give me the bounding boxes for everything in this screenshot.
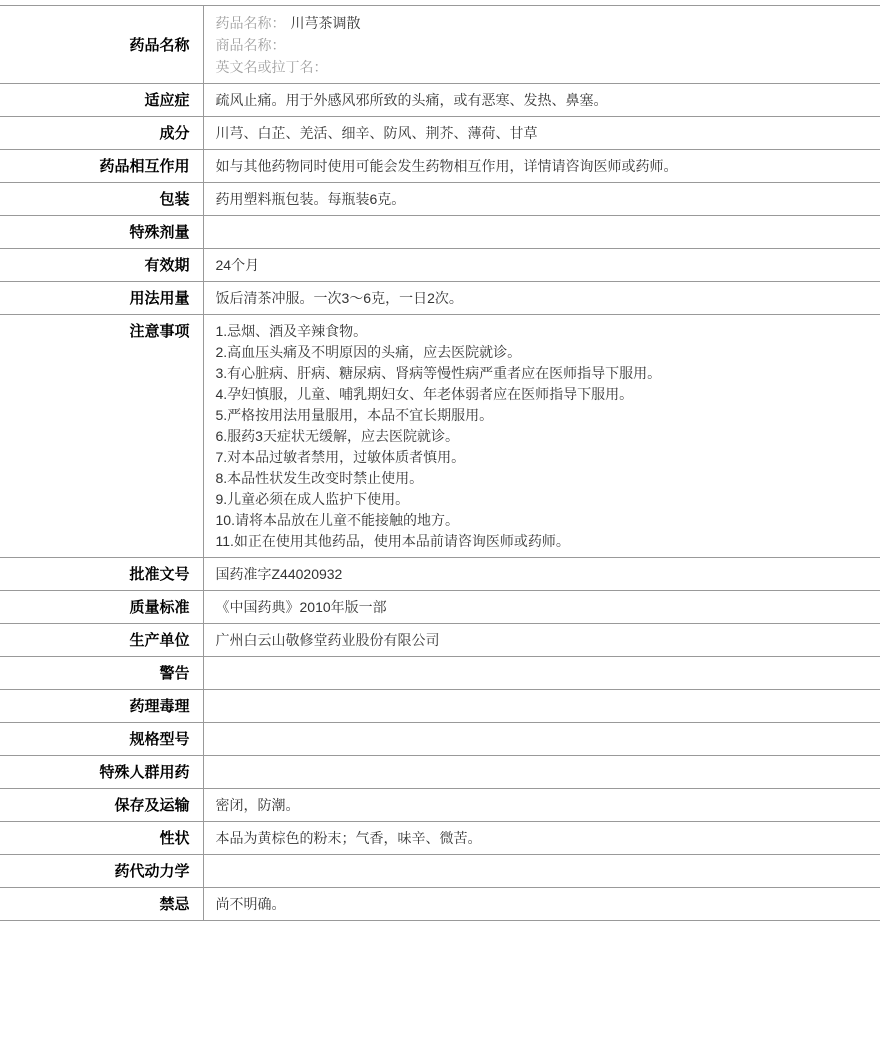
row-value [203,756,880,789]
precaution-item: 5.严格按用法用量服用，本品不宜长期服用。 [216,405,871,426]
precaution-item: 7.对本品过敏者禁用，过敏体质者慎用。 [216,447,871,468]
row-label: 生产单位 [0,624,203,657]
row-value: 尚不明确。 [203,888,880,921]
table-row: 适应症疏风止痛。用于外感风邪所致的头痛，或有恶寒、发热、鼻塞。 [0,84,880,117]
row-label: 成分 [0,117,203,150]
table-row: 药品相互作用如与其他药物同时使用可能会发生药物相互作用，详情请咨询医师或药师。 [0,150,880,183]
table-row: 质量标准《中国药典》2010年版一部 [0,591,880,624]
row-label: 注意事项 [0,315,203,558]
row-label: 质量标准 [0,591,203,624]
table-row: 用法用量饭后清茶冲服。一次3～6克，一日2次。 [0,282,880,315]
precaution-item: 10.请将本品放在儿童不能接触的地方。 [216,510,871,531]
field-key: 英文名或拉丁名： [216,59,328,75]
row-label: 药理毒理 [0,690,203,723]
row-label: 禁忌 [0,888,203,921]
precaution-item: 8.本品性状发生改变时禁止使用。 [216,468,871,489]
precaution-item: 11.如正在使用其他药品，使用本品前请咨询医师或药师。 [216,531,871,552]
row-label: 药代动力学 [0,855,203,888]
row-value [203,723,880,756]
table-row: 保存及运输密闭，防潮。 [0,789,880,822]
row-label: 特殊剂量 [0,216,203,249]
table-row: 药理毒理 [0,690,880,723]
row-value: 疏风止痛。用于外感风邪所致的头痛，或有恶寒、发热、鼻塞。 [203,84,880,117]
row-value: 国药准字Z44020932 [203,558,880,591]
drug-info-table: 药品名称药品名称：川芎茶调散商品名称：英文名或拉丁名：适应症疏风止痛。用于外感风… [0,5,880,921]
row-label: 规格型号 [0,723,203,756]
row-label: 药品相互作用 [0,150,203,183]
table-row: 规格型号 [0,723,880,756]
row-value: 药用塑料瓶包装。每瓶装6克。 [203,183,880,216]
name-field-line: 药品名称：川芎茶调散 [216,12,871,34]
row-value: 药品名称：川芎茶调散商品名称：英文名或拉丁名： [203,6,880,84]
row-label: 警告 [0,657,203,690]
field-value: 川芎茶调散 [291,15,361,31]
precaution-item: 3.有心脏病、肝病、糖尿病、肾病等慢性病严重者应在医师指导下服用。 [216,363,871,384]
row-value [203,855,880,888]
row-label: 保存及运输 [0,789,203,822]
row-label: 性状 [0,822,203,855]
row-label: 有效期 [0,249,203,282]
table-row: 药代动力学 [0,855,880,888]
row-label: 批准文号 [0,558,203,591]
row-value: 如与其他药物同时使用可能会发生药物相互作用，详情请咨询医师或药师。 [203,150,880,183]
row-label: 用法用量 [0,282,203,315]
row-value [203,657,880,690]
table-row: 性状本品为黄棕色的粉末；气香，味辛、微苦。 [0,822,880,855]
precaution-item: 2.高血压头痛及不明原因的头痛，应去医院就诊。 [216,342,871,363]
field-key: 商品名称： [216,37,286,53]
drug-info-table-body: 药品名称药品名称：川芎茶调散商品名称：英文名或拉丁名：适应症疏风止痛。用于外感风… [0,6,880,921]
row-label: 包装 [0,183,203,216]
row-label: 药品名称 [0,6,203,84]
name-field-line: 英文名或拉丁名： [216,56,871,78]
precaution-item: 1.忌烟、酒及辛辣食物。 [216,321,871,342]
field-key: 药品名称： [216,15,286,31]
row-value [203,690,880,723]
precaution-item: 6.服药3天症状无缓解，应去医院就诊。 [216,426,871,447]
table-row: 批准文号国药准字Z44020932 [0,558,880,591]
table-row: 特殊剂量 [0,216,880,249]
table-row: 有效期24个月 [0,249,880,282]
precaution-item: 9.儿童必须在成人监护下使用。 [216,489,871,510]
name-field-line: 商品名称： [216,34,871,56]
row-value [203,216,880,249]
table-row: 警告 [0,657,880,690]
table-row: 禁忌尚不明确。 [0,888,880,921]
row-label: 适应症 [0,84,203,117]
table-row: 生产单位广州白云山敬修堂药业股份有限公司 [0,624,880,657]
table-row: 成分川芎、白芷、羌活、细辛、防风、荆芥、薄荷、甘草 [0,117,880,150]
row-value: 饭后清茶冲服。一次3～6克，一日2次。 [203,282,880,315]
table-row: 特殊人群用药 [0,756,880,789]
row-value: 本品为黄棕色的粉末；气香，味辛、微苦。 [203,822,880,855]
row-value: 广州白云山敬修堂药业股份有限公司 [203,624,880,657]
row-value: 密闭，防潮。 [203,789,880,822]
table-row: 注意事项1.忌烟、酒及辛辣食物。2.高血压头痛及不明原因的头痛，应去医院就诊。3… [0,315,880,558]
row-value: 1.忌烟、酒及辛辣食物。2.高血压头痛及不明原因的头痛，应去医院就诊。3.有心脏… [203,315,880,558]
table-row: 包装药用塑料瓶包装。每瓶装6克。 [0,183,880,216]
row-label: 特殊人群用药 [0,756,203,789]
table-row: 药品名称药品名称：川芎茶调散商品名称：英文名或拉丁名： [0,6,880,84]
precaution-item: 4.孕妇慎服，儿童、哺乳期妇女、年老体弱者应在医师指导下服用。 [216,384,871,405]
row-value: 川芎、白芷、羌活、细辛、防风、荆芥、薄荷、甘草 [203,117,880,150]
row-value: 24个月 [203,249,880,282]
row-value: 《中国药典》2010年版一部 [203,591,880,624]
